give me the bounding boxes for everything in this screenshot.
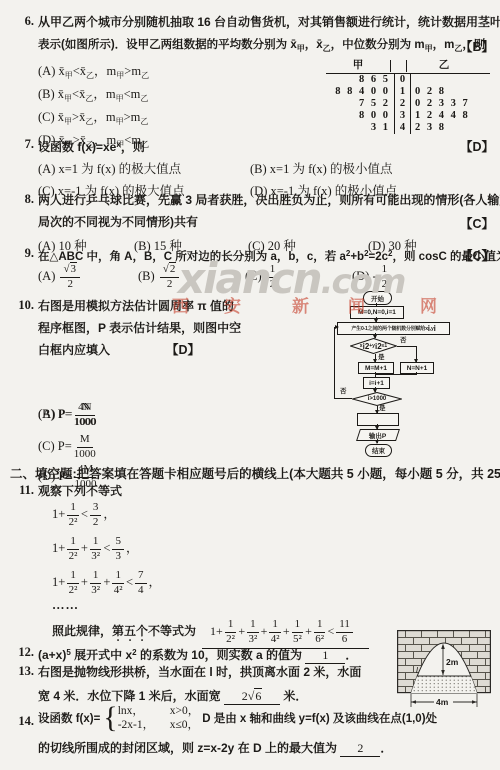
flowchart-m-node: M=M+1 [358, 362, 394, 374]
leaf-right: 1 2 4 4 8 [411, 110, 489, 122]
question-number: 13. [12, 664, 34, 679]
case1-cond: x>0， [170, 704, 200, 718]
piecewise-function: { lnx，x>0， -2x-1，x≤0， [103, 704, 199, 732]
answer-marker: 【D】 [460, 137, 494, 155]
flowchart-condition2-node: i>1000 [352, 392, 402, 406]
option-b: (B) √22 [138, 264, 181, 290]
flowchart-start-node: 开始 [363, 291, 392, 305]
flowchart-i-node: i=i+1 [363, 377, 390, 389]
q12-text: (a+x)5 展开式中 x2 的系数为 10，则实数 a 的值为 [38, 648, 302, 662]
leaf-right: 0 2 3 3 7 [411, 98, 489, 110]
fill-in-answer: 2√6 [224, 688, 280, 705]
header-jia: 甲 [326, 60, 390, 72]
yes-label: 是 [379, 405, 386, 412]
q13-text: 宽 4 米．水位下降 1 米后，水面宽 [38, 689, 221, 703]
bridge-drawing: 2m l 4m [397, 630, 491, 714]
question-number: 12. [12, 645, 34, 660]
case2-expr: -2x-1， [118, 718, 170, 732]
leaf-left: 8 8 4 0 0 [326, 86, 394, 98]
output-text: 输出P [369, 431, 386, 440]
leaf-left: 8 6 5 [326, 74, 394, 86]
question-13-line1: 右图是抛物线形拱桥，当水面在 l 时，拱顶离水面 2 米，水面 [38, 664, 361, 680]
question-9-line: 在△ABC 中，角 A，B，C 所对边的长分别为 a，b，c，若 a2+b2=2… [38, 246, 500, 265]
flowchart-condition1-node: xi2+yi2≤1 [350, 338, 397, 354]
question-13-line2: 宽 4 米．水位下降 1 米后，水面宽 2√6 米． [38, 688, 307, 705]
flowchart-init-node: M=0,N=0,i=1 [350, 306, 404, 319]
question-10-line2: 程序框图，P 表示估计结果，则图中空 [38, 320, 241, 336]
option-b: (B) x̄甲<x̄乙，m甲<m乙 [38, 84, 148, 104]
question-8-line2: 局次的不同视为不同情形)共有 [38, 214, 198, 230]
option-d: (D) -12 [352, 264, 392, 290]
question-number: 7. [12, 137, 34, 152]
condition-text: i>1000 [352, 392, 402, 406]
leaf-left: 3 1 [326, 122, 394, 134]
inequality-1: 1+12²<32， [52, 502, 116, 528]
leaf-left: 7 5 2 [326, 98, 394, 110]
q14-pre: 设函数 f(x)= [38, 710, 100, 726]
option-a: (A) x=1 为 f(x) 的极大值点 [38, 159, 181, 177]
flowchart: 开始 M=0,N=0,i=1 产生0-1之间的两个随机数分别赋给xi,yi xi… [330, 289, 500, 461]
flowchart-n-node: N=N+1 [400, 362, 434, 374]
table-row: 7 5 2 2 0 2 3 3 7 [326, 98, 490, 110]
question-number: 11. [12, 483, 34, 498]
option-a: (A) x̄甲<x̄乙，m甲>m乙 [38, 61, 149, 81]
table-row: 3 1 4 2 3 8 [326, 122, 490, 134]
tail-post: 不等式为 [148, 624, 196, 638]
question-number: 8. [12, 192, 34, 207]
waterline-label: l [416, 666, 418, 675]
question-number: 10. [12, 298, 34, 313]
q13-unit: 米． [283, 689, 307, 703]
fill-in-answer: 1 [305, 647, 345, 664]
question-14-line2: 的切线所围成的封闭区域，则 z=x-2y 在 D 上的最大值为 2． [38, 740, 392, 757]
case1-expr: lnx， [118, 704, 170, 718]
q14-mid: D 是由 x 轴和曲线 y=f(x) 及该曲线在点(1,0)处 [202, 710, 437, 726]
stem: 0 [394, 74, 411, 86]
condition-text: xi2+yi2≤1 [350, 338, 397, 354]
table-row: 8 6 5 0 [326, 74, 490, 86]
watermark-char: 新 [292, 292, 309, 317]
width-label: 4m [436, 697, 449, 707]
question-11-intro: 观察下列不等式 [38, 483, 122, 499]
leaf-right: 2 3 8 [411, 122, 489, 134]
question-6-line1: 从甲乙两个城市分别随机抽取 16 台自动售货机，对其销售额进行统计，统计数据用茎… [38, 14, 500, 30]
no-label: 否 [400, 337, 407, 344]
stem: 2 [394, 98, 411, 110]
answer-marker: 【D】 [166, 343, 200, 357]
q14-text: 的切线所围成的封闭区域，则 z=x-2y 在 D 上的最大值为 [38, 741, 337, 755]
case-row: -2x-1，x≤0， [118, 718, 200, 732]
height-label: 2m [446, 657, 459, 667]
flowchart-connector [375, 374, 417, 375]
question-7-line: 设函数 f(x)=xex，则 [38, 137, 145, 155]
no-label: 否 [340, 388, 347, 395]
answer-marker: 【C】 [460, 246, 494, 264]
fill-in-answer: 2 [340, 740, 380, 757]
answer-marker: 【B】 [460, 37, 494, 55]
flowchart-random-node: 产生0-1之间的两个随机数分别赋给xi,yi [337, 322, 450, 335]
answer-marker: 【C】 [460, 214, 494, 232]
leaf-left: 8 0 0 [326, 110, 394, 122]
arrow-right [335, 325, 339, 329]
option-c: (C) 12 [245, 264, 280, 290]
option-c: (C) x̄甲>x̄乙，m甲>m乙 [38, 107, 148, 127]
option-c: (C) P=M1000 [38, 434, 98, 460]
bridge-figure: 2m l 4m [397, 630, 491, 714]
option-b: (B) x=1 为 f(x) 的极小值点 [250, 159, 392, 177]
line3-text: 白框内应填入 [38, 343, 110, 357]
question-10-line1: 右图是用模拟方法估计圆周率 π 值的 [38, 298, 234, 314]
arrow-right [472, 700, 477, 704]
stem: 4 [394, 122, 411, 134]
header-stem [390, 60, 407, 72]
question-number: 9. [12, 246, 34, 261]
question-14-line1: 设函数 f(x)= { lnx，x>0， -2x-1，x≤0， D 是由 x 轴… [38, 704, 437, 732]
cases: lnx，x>0， -2x-1，x≤0， [118, 704, 200, 732]
brace: { [103, 704, 117, 732]
question-number: 6. [12, 14, 34, 29]
flowchart-blank-node [357, 413, 399, 426]
question-number: 14. [12, 714, 34, 729]
tail-emphasis: 第五个 [112, 624, 148, 638]
table-row: 8 8 4 0 0 1 0 2 8 [326, 86, 490, 98]
leaf-right [411, 74, 489, 86]
stem-leaf-table: 甲 乙 8 6 5 0 8 8 4 0 0 1 0 2 8 7 5 2 2 0 … [326, 60, 490, 134]
section-2-header: 二、填空题:把答案填在答题卡相应题号后的横线上(本大题共 5 小题，每小题 5 … [10, 464, 500, 482]
leaf-right: 0 2 8 [411, 86, 489, 98]
flowchart-connector [334, 327, 335, 399]
stem: 1 [394, 86, 411, 98]
question-6-line2: 表示(如图所示)．设甲乙两组数据的平均数分别为 x̄甲，x̄乙，中位数分别为 m… [38, 37, 485, 57]
period: ． [345, 648, 357, 662]
inequality-3: 1+12²+13²+14²<74， [52, 570, 161, 596]
question-10-line3: 白框内应填入【D】 [38, 342, 200, 358]
table-header: 甲 乙 [326, 60, 490, 74]
question-8-line1: 两人进行乒乓球比赛，先赢 3 局者获胜，决出胜负为止，则所有可能出现的情形(各人… [38, 192, 500, 208]
ellipsis: …… [52, 598, 79, 613]
tail-pre: 照此规律， [52, 624, 112, 638]
case-row: lnx，x>0， [118, 704, 200, 718]
inequality-2: 1+12²+13²<53， [52, 536, 138, 562]
flowchart-connector [334, 398, 352, 399]
flowchart-end-node: 结束 [365, 444, 392, 457]
yes-label: 是 [378, 354, 385, 361]
period: ． [380, 741, 392, 755]
case2-cond: x≤0， [170, 718, 199, 732]
header-yi: 乙 [407, 60, 481, 72]
exam-page: 6. 从甲乙两个城市分别随机抽取 16 台自动售货机，对其销售额进行统计，统计数… [0, 0, 500, 770]
question-12-line: (a+x)5 展开式中 x2 的系数为 10，则实数 a 的值为 1． [38, 645, 357, 664]
option-a: (A) √32 [38, 264, 82, 290]
option-b: (B) P=4N1000 [38, 402, 98, 428]
table-row: 8 0 0 3 1 2 4 4 8 [326, 110, 490, 122]
flowchart-connector [397, 346, 416, 347]
stem: 3 [394, 110, 411, 122]
